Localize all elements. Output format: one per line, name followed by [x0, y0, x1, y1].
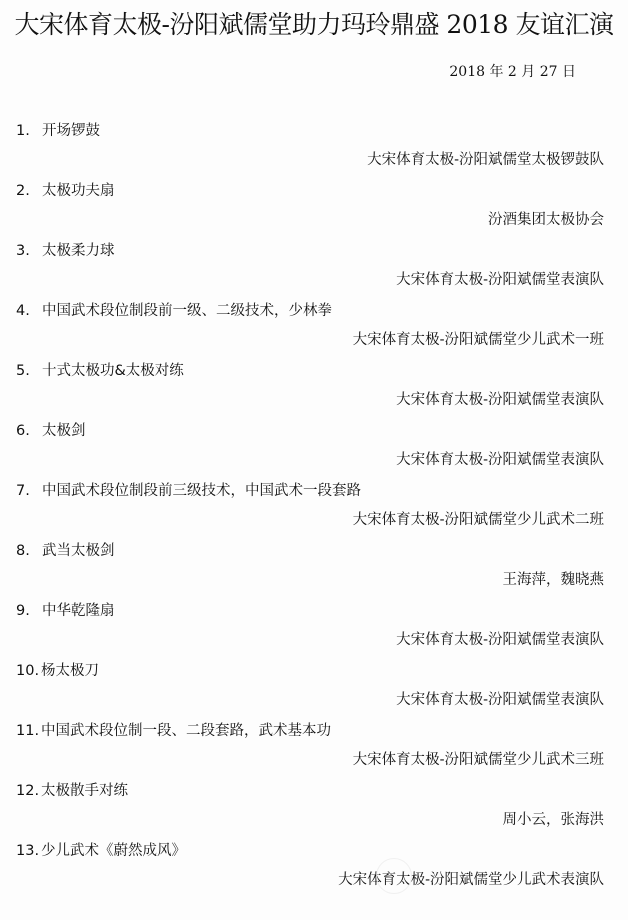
program-item-title: 中国武术段位制一段、二段套路，武术基本功	[41, 723, 331, 739]
program-item-title: 太极剑	[42, 423, 86, 439]
program-item-performer: 大宋体育太极-汾阳斌儒堂表演队	[396, 269, 604, 291]
document-title: 大宋体育太极-汾阳斌儒堂助力玛玲鼎盛 2018 友谊汇演	[0, 8, 628, 42]
program-item-number: 7.	[16, 480, 42, 502]
program-item-title: 少儿武术《蔚然成风》	[41, 843, 186, 859]
program-item-number: 1.	[16, 120, 42, 142]
program-item-title-line: 8.武当太极剑	[16, 540, 115, 562]
document-date: 2018 年 2 月 27 日	[449, 62, 576, 82]
program-item: 6.太极剑 大宋体育太极-汾阳斌儒堂表演队	[0, 420, 628, 480]
program-item-performer: 王海萍，魏晓燕	[503, 569, 605, 591]
program-item-performer: 大宋体育太极-汾阳斌儒堂太极锣鼓队	[367, 149, 604, 171]
program-item-title-line: 2.太极功夫扇	[16, 180, 115, 202]
program-item: 5.十式太极功&太极对练 大宋体育太极-汾阳斌儒堂表演队	[0, 360, 628, 420]
program-item-performer: 大宋体育太极-汾阳斌儒堂少儿武术一班	[353, 329, 604, 351]
program-item: 1.开场锣鼓 大宋体育太极-汾阳斌儒堂太极锣鼓队	[0, 120, 628, 180]
program-item: 9.中华乾隆扇 大宋体育太极-汾阳斌儒堂表演队	[0, 600, 628, 660]
program-item-number: 11.	[16, 720, 41, 742]
program-item-performer: 汾酒集团太极协会	[488, 209, 604, 231]
program-item-title-line: 10.杨太极刀	[16, 660, 99, 682]
program-item-performer: 大宋体育太极-汾阳斌儒堂少儿武术二班	[353, 509, 604, 531]
program-item: 4.中国武术段位制段前一级、二级技术，少林拳 大宋体育太极-汾阳斌儒堂少儿武术一…	[0, 300, 628, 360]
program-item-title: 太极功夫扇	[42, 183, 115, 199]
program-item-title-line: 3.太极柔力球	[16, 240, 115, 262]
program-item-number: 5.	[16, 360, 42, 382]
program-item-performer: 大宋体育太极-汾阳斌儒堂表演队	[396, 629, 604, 651]
program-item-number: 4.	[16, 300, 42, 322]
program-item-title-line: 6.太极剑	[16, 420, 86, 442]
program-item-performer: 周小云，张海洪	[503, 809, 605, 831]
program-item-performer: 大宋体育太极-汾阳斌儒堂表演队	[396, 389, 604, 411]
program-item-title-line: 7.中国武术段位制段前三级技术，中国武术一段套路	[16, 480, 361, 502]
program-item-title: 太极散手对练	[41, 783, 128, 799]
program-item: 11.中国武术段位制一段、二段套路，武术基本功 大宋体育太极-汾阳斌儒堂少儿武术…	[0, 720, 628, 780]
program-item-number: 13.	[16, 840, 41, 862]
program-item: 7.中国武术段位制段前三级技术，中国武术一段套路 大宋体育太极-汾阳斌儒堂少儿武…	[0, 480, 628, 540]
program-item-performer: 大宋体育太极-汾阳斌儒堂表演队	[396, 449, 604, 471]
program-item: 12.太极散手对练 周小云，张海洪	[0, 780, 628, 840]
program-item-title-line: 9.中华乾隆扇	[16, 600, 115, 622]
program-item-number: 6.	[16, 420, 42, 442]
program-item-title-line: 13.少儿武术《蔚然成风》	[16, 840, 186, 862]
program-item-number: 2.	[16, 180, 42, 202]
program-item: 3.太极柔力球 大宋体育太极-汾阳斌儒堂表演队	[0, 240, 628, 300]
program-item-title: 开场锣鼓	[42, 123, 100, 139]
program-item-title-line: 11.中国武术段位制一段、二段套路，武术基本功	[16, 720, 331, 742]
program-item-title-line: 4.中国武术段位制段前一级、二级技术，少林拳	[16, 300, 332, 322]
program-item-number: 8.	[16, 540, 42, 562]
program-document: 大宋体育太极-汾阳斌儒堂助力玛玲鼎盛 2018 友谊汇演 2018 年 2 月 …	[0, 0, 628, 920]
program-item-performer: 大宋体育太极-汾阳斌儒堂表演队	[396, 689, 604, 711]
program-item-title: 太极柔力球	[42, 243, 115, 259]
program-item: 8.武当太极剑 王海萍，魏晓燕	[0, 540, 628, 600]
program-list: 1.开场锣鼓 大宋体育太极-汾阳斌儒堂太极锣鼓队 2.太极功夫扇 汾酒集团太极协…	[0, 120, 628, 900]
program-item-title: 杨太极刀	[41, 663, 99, 679]
program-item-number: 10.	[16, 660, 41, 682]
program-item-number: 3.	[16, 240, 42, 262]
program-item: 2.太极功夫扇 汾酒集团太极协会	[0, 180, 628, 240]
program-item-title: 中国武术段位制段前三级技术，中国武术一段套路	[42, 483, 361, 499]
program-item: 10.杨太极刀 大宋体育太极-汾阳斌儒堂表演队	[0, 660, 628, 720]
program-item-performer: 大宋体育太极-汾阳斌儒堂少儿武术三班	[353, 749, 604, 771]
program-item-title-line: 5.十式太极功&太极对练	[16, 360, 184, 382]
program-item-number: 12.	[16, 780, 41, 802]
program-item: 13.少儿武术《蔚然成风》 大宋体育太极-汾阳斌儒堂少儿武术表演队	[0, 840, 628, 900]
program-item-title-line: 1.开场锣鼓	[16, 120, 100, 142]
program-item-number: 9.	[16, 600, 42, 622]
program-item-title: 中华乾隆扇	[42, 603, 115, 619]
program-item-title: 武当太极剑	[42, 543, 115, 559]
program-item-title: 中国武术段位制段前一级、二级技术，少林拳	[42, 303, 332, 319]
program-item-title-line: 12.太极散手对练	[16, 780, 128, 802]
program-item-title: 十式太极功&太极对练	[42, 363, 184, 379]
watermark-circle-icon	[376, 858, 412, 894]
